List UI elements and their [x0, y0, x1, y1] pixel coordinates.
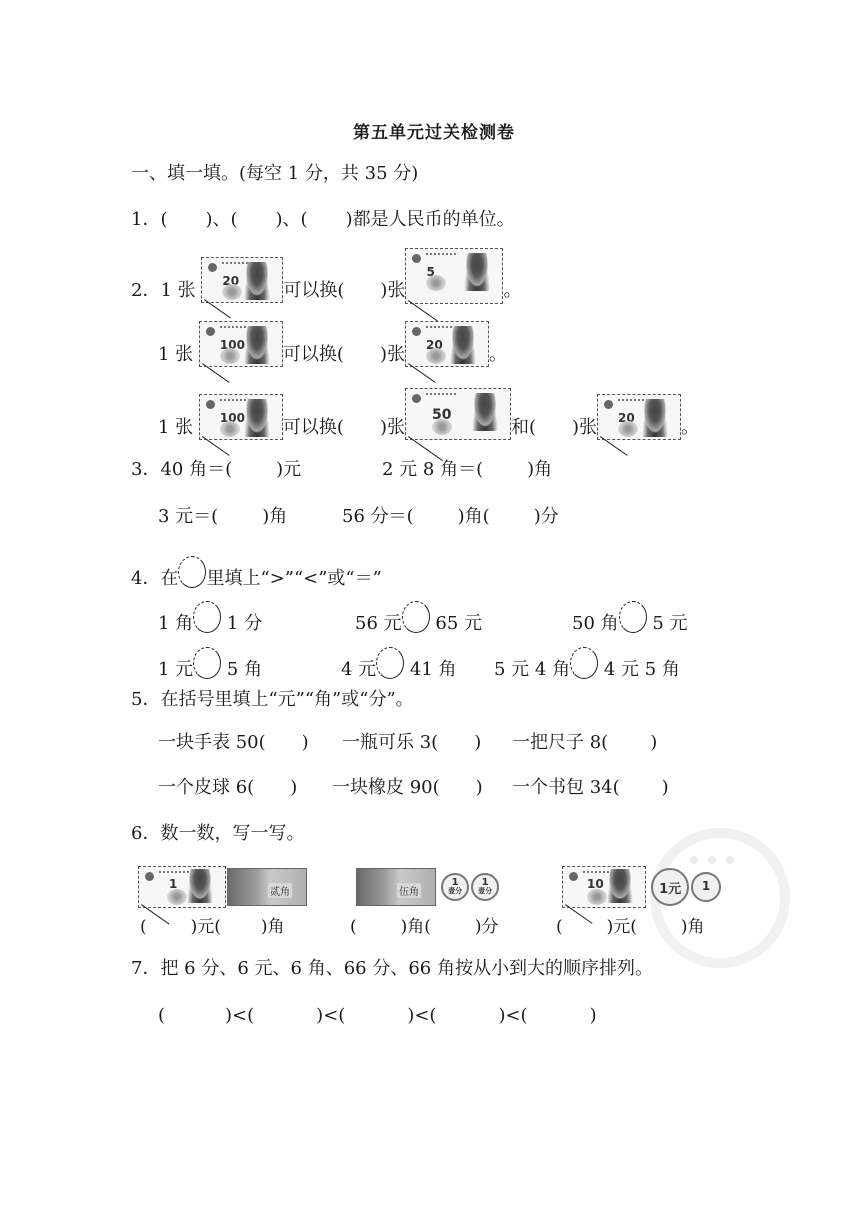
q4-right: 41 角: [410, 659, 457, 680]
q2-text: 可以换(: [283, 280, 344, 301]
q6-text: )角: [681, 917, 705, 937]
coin-value: 1元: [653, 878, 687, 897]
q5-item-text: 一瓶可乐 3(: [342, 732, 438, 753]
q5-item-text: 一把尺子 8(: [512, 732, 608, 753]
q7-answer-row: ()<()<()<()<(): [158, 1004, 597, 1028]
q4-left: 1 角: [158, 613, 193, 634]
q2-text: )张: [572, 417, 597, 438]
q6-text: 数一数，写一写。: [160, 823, 304, 844]
q3-text: )角(: [458, 506, 490, 527]
q5-item-text: 一块手表 50(: [158, 732, 266, 753]
q4-number: 4．: [131, 568, 160, 589]
q6-text: )分: [475, 917, 499, 937]
banknote-50-icon: 50: [405, 388, 511, 440]
question-2-row-2: 1 张 100可以换()张20。: [158, 343, 507, 367]
q5-close: ): [476, 777, 483, 798]
q7-text: 把 6 分、6 元、6 角、66 分、66 角按从小到大的顺序排列。: [160, 958, 653, 979]
banknote-1-icon: 1: [138, 866, 226, 908]
q4-text: 在: [160, 568, 178, 589]
q5-item-text: 一个皮球 6(: [158, 777, 254, 798]
q4-right: 1 分: [227, 613, 262, 634]
coin-label: 壹分: [443, 886, 467, 896]
q7-text: )<(: [407, 1005, 436, 1026]
q4-comparison-6: 5 元 4 角 4 元 5 角: [494, 647, 680, 682]
coin-1fen-icon: 1壹分: [471, 873, 499, 901]
banknote-20-icon: 20: [405, 321, 489, 367]
q4-comparison-3: 50 角 5 元: [572, 601, 688, 636]
q5-item-text: 一个书包 34(: [512, 777, 620, 798]
q5-item-6: 一个书包 34(): [512, 776, 669, 800]
compare-circle[interactable]: [570, 647, 598, 679]
q3-text: 2 元 8 角＝(: [382, 459, 483, 480]
q2-prefix: 1 张: [158, 417, 193, 438]
q5-item-1: 一块手表 50(): [158, 731, 309, 755]
question-5-instruction: 5．在括号里填上“元”“角”或“分”。: [131, 688, 414, 712]
q4-comparison-1: 1 角 1 分: [158, 601, 262, 636]
q2-text: )张: [380, 417, 405, 438]
q2-text: 和(: [511, 417, 536, 438]
q5-close: ): [474, 732, 481, 753]
q5-number: 5．: [131, 689, 160, 710]
q5-close: ): [302, 732, 309, 753]
q3-text: )角: [262, 506, 287, 527]
q6-text: )角: [261, 917, 285, 937]
old-banknote-5jiao-icon: 伍角: [356, 868, 436, 906]
q2-prefix: 1 张: [160, 280, 195, 301]
q2-text: 可以换(: [283, 344, 344, 365]
q4-right: 5 元: [652, 613, 687, 634]
q6-text: (: [350, 917, 357, 937]
section-heading: 一、填一填。(每空 1 分，共 35 分): [131, 162, 418, 186]
q5-item-5: 一块橡皮 90(): [332, 776, 483, 800]
q2-text: 可以换(: [283, 417, 344, 438]
question-3-row-1: 3．40 角＝()元: [131, 458, 301, 482]
q4-comparison-5: 4 元 41 角: [341, 647, 457, 682]
banknote-10-icon: 10: [562, 866, 646, 908]
q6-text: (: [556, 917, 563, 937]
q5-text: 在括号里填上“元”“角”或“分”。: [160, 689, 413, 710]
q7-text: ): [590, 1005, 597, 1026]
banknote-20-icon: 20: [201, 257, 283, 303]
banknote-5-icon: 5: [405, 248, 503, 304]
question-2-row-1: 2．1 张 20可以换()张5。: [131, 278, 521, 304]
q3-text: 56 分＝(: [342, 506, 414, 527]
q5-close: ): [650, 732, 657, 753]
q1-blank-open: (: [160, 209, 167, 230]
question-3-item-4: 56 分＝()角()分: [342, 505, 559, 529]
q1-sep: )、(: [205, 209, 237, 230]
q4-text: 里填上“>”“<”或“＝”: [206, 568, 381, 589]
q6-group-3-answer: ()元()角: [556, 915, 705, 939]
coin-1fen-icon: 1壹分: [441, 873, 469, 901]
q5-item-2: 一瓶可乐 3(): [342, 731, 481, 755]
q6-group-2-answer: ()角()分: [350, 915, 499, 939]
q1-sep: )、(: [276, 209, 308, 230]
page-title-text: 第五单元过关检测卷: [353, 118, 515, 143]
question-3-row-2: 3 元＝()角: [158, 505, 287, 529]
q6-number: 6．: [131, 823, 160, 844]
q2-period: 。: [489, 344, 507, 365]
q4-comparison-2: 56 元 65 元: [355, 601, 482, 636]
q2-text: )张: [380, 280, 405, 301]
q3-number: 3．: [131, 459, 160, 480]
q6-group-2-images: 伍角 1壹分1壹分: [356, 868, 499, 906]
q6-group-1-answer: ()元()角: [140, 915, 285, 939]
q5-item-4: 一个皮球 6(): [158, 776, 297, 800]
banknote-100-icon: 100: [199, 321, 283, 367]
q5-close: ): [662, 777, 669, 798]
q7-text: )<(: [225, 1005, 254, 1026]
q2-prefix: 1 张: [158, 344, 193, 365]
q2-period: 。: [681, 417, 699, 438]
q7-text: )<(: [316, 1005, 345, 1026]
q4-left: 1 元: [158, 659, 193, 680]
q5-item-3: 一把尺子 8(): [512, 731, 657, 755]
q1-tail: )都是人民币的单位。: [346, 209, 515, 230]
question-7-instruction: 7．把 6 分、6 元、6 角、66 分、66 角按从小到大的顺序排列。: [131, 957, 653, 981]
q6-text: )角(: [401, 917, 431, 937]
q4-right: 65 元: [435, 613, 482, 634]
old-banknote-2jiao-icon: 贰角: [227, 868, 307, 906]
q4-left: 50 角: [572, 613, 619, 634]
q3-text: )元: [276, 459, 301, 480]
q4-comparison-4: 1 元 5 角: [158, 647, 262, 682]
question-3-item-2: 2 元 8 角＝()角: [382, 458, 552, 482]
q6-group-1-images: 1贰角: [138, 866, 307, 908]
q7-number: 7．: [131, 958, 160, 979]
q6-group-3-images: 10 1元1: [562, 866, 721, 908]
question-4-instruction: 4．在里填上“>”“<”或“＝”: [131, 556, 382, 591]
circle-icon: [178, 556, 206, 588]
q3-text: 3 元＝(: [158, 506, 218, 527]
q4-left: 4 元: [341, 659, 376, 680]
q2-number: 2．: [131, 280, 160, 301]
banknote-20-icon: 20: [597, 394, 681, 440]
question-6-instruction: 6．数一数，写一写。: [131, 822, 304, 846]
q5-item-text: 一块橡皮 90(: [332, 777, 440, 798]
coin-1jiao-icon: 1: [691, 872, 721, 902]
q3-text: )分: [534, 506, 559, 527]
question-2-row-3: 1 张 100可以换()张50和()张20。: [158, 416, 699, 440]
q6-text: )元(: [607, 917, 637, 937]
coin-value: 1: [693, 879, 719, 893]
compare-circle[interactable]: [376, 647, 404, 679]
q7-text: (: [158, 1005, 165, 1026]
coin-label: 壹分: [473, 886, 497, 896]
q3-text: )角: [527, 459, 552, 480]
compare-circle[interactable]: [193, 601, 221, 633]
q2-text: )张: [380, 344, 405, 365]
old-banknote-label: 贰角: [268, 883, 292, 898]
q7-text: )<(: [498, 1005, 527, 1026]
q6-text: (: [140, 917, 147, 937]
q4-right: 4 元 5 角: [604, 659, 680, 680]
q2-period: 。: [503, 280, 521, 301]
banknote-100-icon: 100: [199, 394, 283, 440]
q4-left: 56 元: [355, 613, 402, 634]
compare-circle[interactable]: [193, 647, 221, 679]
question-1: 1．()、()、()都是人民币的单位。: [131, 208, 515, 232]
q4-left: 5 元 4 角: [494, 659, 570, 680]
old-banknote-label: 伍角: [397, 883, 421, 898]
page-title: 第五单元过关检测卷: [0, 118, 868, 143]
q4-right: 5 角: [227, 659, 262, 680]
compare-circle[interactable]: [619, 601, 647, 633]
q3-text: 40 角＝(: [160, 459, 232, 480]
coin-1yuan-icon: 1元: [651, 868, 689, 906]
q5-close: ): [290, 777, 297, 798]
compare-circle[interactable]: [402, 601, 430, 633]
q1-number: 1．: [131, 209, 160, 230]
q6-text: )元(: [191, 917, 221, 937]
